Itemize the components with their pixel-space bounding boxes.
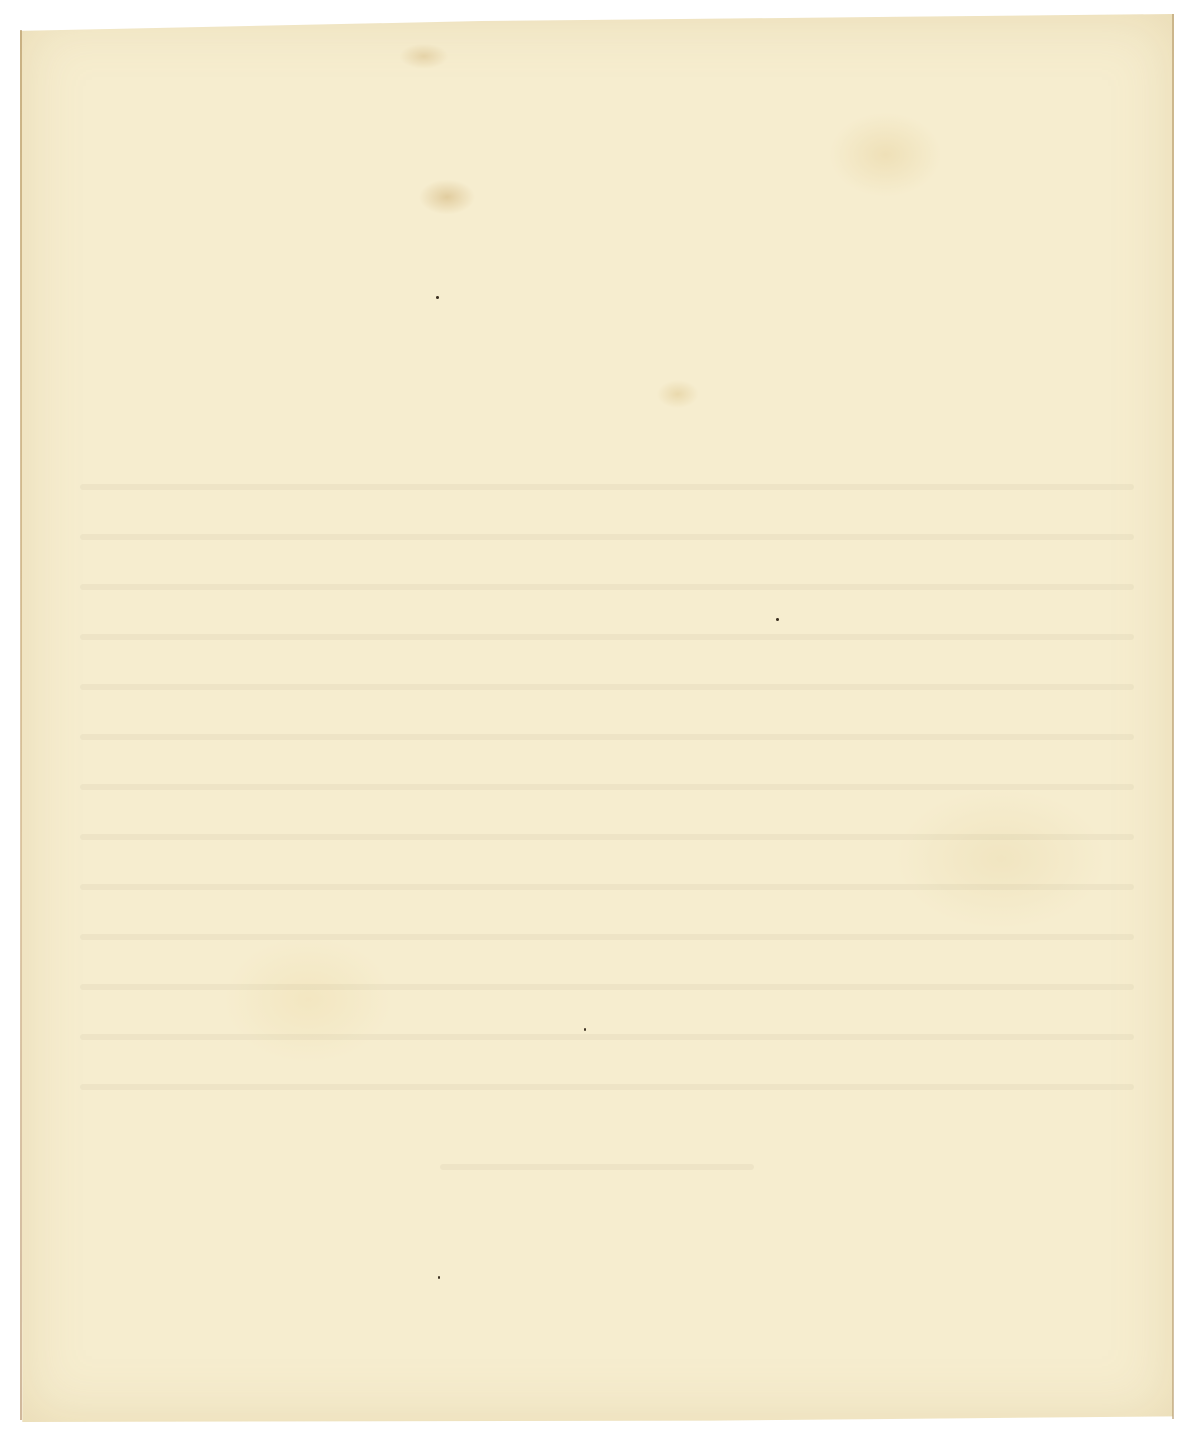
show-through-line	[80, 1034, 1134, 1040]
paper-speck	[438, 1276, 440, 1279]
show-through-line	[80, 934, 1134, 940]
paper-edge-left	[20, 30, 22, 1420]
show-through-line	[440, 1164, 754, 1170]
show-through-line	[80, 1084, 1134, 1090]
show-through-line	[80, 884, 1134, 890]
paper-speck	[436, 296, 439, 299]
paper-speck	[584, 1028, 586, 1031]
show-through-line	[80, 484, 1134, 490]
show-through-line	[80, 734, 1134, 740]
show-through-line	[80, 584, 1134, 590]
show-through-line	[80, 684, 1134, 690]
paper-edge-right	[1172, 14, 1174, 1419]
show-through-line	[80, 984, 1134, 990]
show-through-line	[80, 784, 1134, 790]
show-through-line	[80, 634, 1134, 640]
show-through-line	[80, 534, 1134, 540]
paper-sheet	[20, 14, 1174, 1422]
paper-speck	[776, 618, 779, 621]
show-through-line	[80, 834, 1134, 840]
